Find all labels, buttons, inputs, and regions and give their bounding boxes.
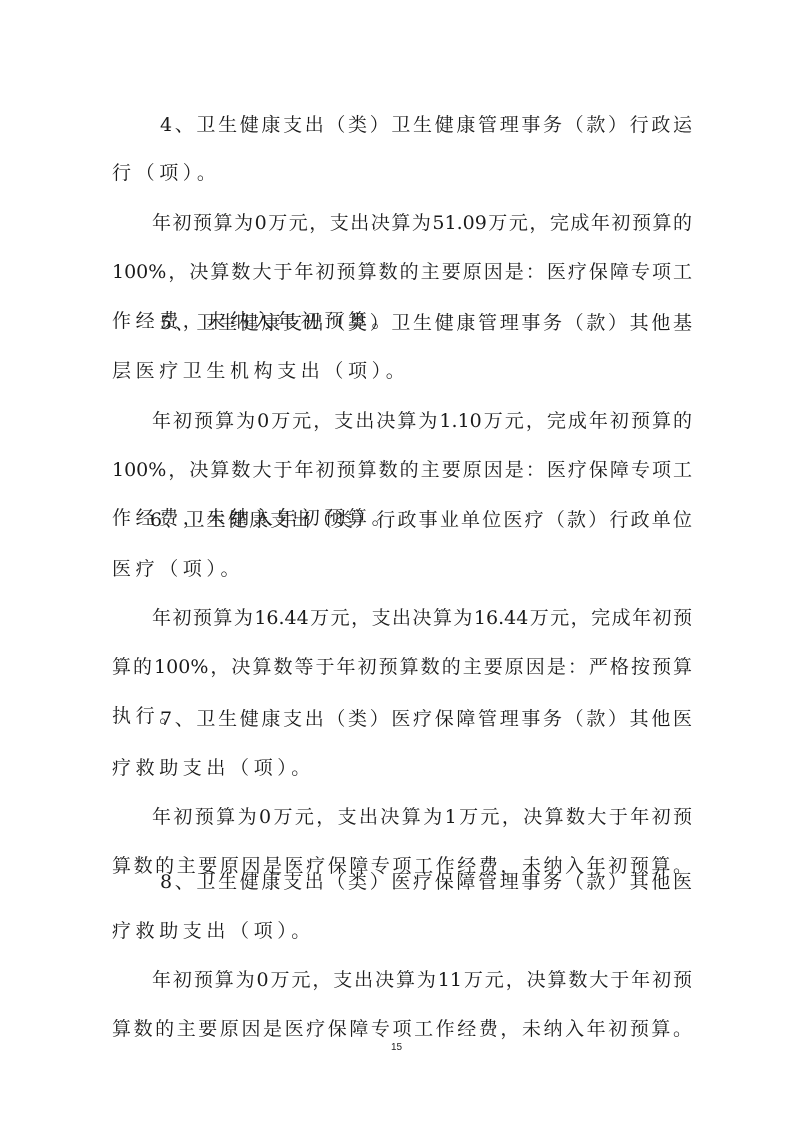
section-heading: 层医疗卫生机构支出（项）。 xyxy=(112,359,692,383)
section-body: 算数的主要原因是医疗保障专项工作经费，未纳入年初预算。 xyxy=(112,1017,692,1041)
section-body: 年初预算为16.44万元，支出决算为16.44万元，完成年初预 xyxy=(152,606,692,630)
section-body: 年初预算为0万元，支出决算为51.09万元，完成年初预算的 xyxy=(152,211,692,235)
page-number: 15 xyxy=(0,1042,793,1053)
section-body: 100%，决算数大于年初预算数的主要原因是：医疗保障专项工 xyxy=(112,260,692,284)
section-body: 年初预算为0万元，支出决算为11万元，决算数大于年初预 xyxy=(152,968,692,992)
section-heading: 5、卫生健康支出（类）卫生健康管理事务（款）其他基 xyxy=(160,311,692,335)
section-body: 年初预算为0万元，支出决算为1万元，决算数大于年初预 xyxy=(152,805,692,829)
section-heading: 行（项）。 xyxy=(112,161,692,185)
section-heading: 4、卫生健康支出（类）卫生健康管理事务（款）行政运 xyxy=(160,113,692,137)
section-heading: 疗救助支出（项）。 xyxy=(112,919,692,943)
section-heading: 疗救助支出（项）。 xyxy=(112,756,692,780)
section-body: 100%，决算数大于年初预算数的主要原因是：医疗保障专项工 xyxy=(112,458,692,482)
section-heading: 7、卫生健康支出（类）医疗保障管理事务（款）其他医 xyxy=(160,707,692,731)
section-heading: 6、卫生健康支出（类）行政事业单位医疗（款）行政单位 xyxy=(150,508,692,532)
section-body: 算的100%，决算数等于年初预算数的主要原因是：严格按预算 xyxy=(112,655,692,679)
section-body: 年初预算为0万元，支出决算为1.10万元，完成年初预算的 xyxy=(152,409,692,433)
section-heading: 8、卫生健康支出（类）医疗保障管理事务（款）其他医 xyxy=(160,870,692,894)
section-heading: 医疗（项）。 xyxy=(112,557,692,581)
